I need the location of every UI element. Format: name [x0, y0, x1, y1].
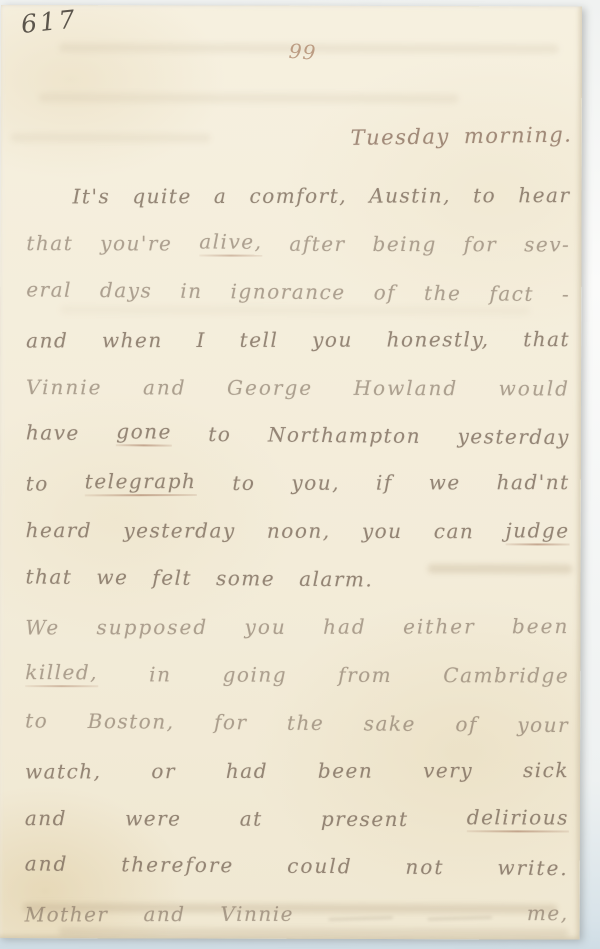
manuscript-line: killed,ingoingfromCambridge — [25, 650, 569, 699]
manuscript-line: eraldaysinignoranceofthefact- — [26, 265, 570, 318]
handwritten-word: the — [287, 710, 324, 734]
handwritten-word: at — [240, 806, 263, 830]
manuscript-line: totelegraphtoyou,ifwehad'nt — [26, 458, 570, 507]
handwritten-word: to — [473, 183, 496, 207]
handwritten-word: being — [373, 232, 437, 256]
handwritten-word: we — [96, 565, 128, 589]
handwritten-word: tell — [240, 327, 279, 351]
handwritten-word: that — [523, 327, 570, 351]
handwritten-word: and — [25, 852, 69, 876]
illegible-strokes — [428, 907, 492, 921]
handwritten-word: telegraph — [85, 470, 197, 497]
handwritten-word: It's — [72, 184, 110, 208]
handwritten-word: either — [403, 614, 476, 638]
handwritten-word: ignorance — [230, 279, 345, 304]
handwritten-word: or — [151, 759, 176, 783]
handwritten-word: would — [499, 376, 570, 400]
handwritten-word: you — [244, 615, 286, 639]
letter-body: It'squiteacomfort,Austin,tohearthatyou'r… — [25, 171, 571, 939]
handwritten-word: you — [362, 519, 403, 543]
handwritten-word: that — [25, 564, 72, 588]
handwritten-word: killed, — [25, 660, 98, 687]
handwritten-word: gone — [116, 420, 172, 447]
handwritten-word: to — [208, 422, 231, 446]
manuscript-line: Wesupposedyouhadeitherbeen — [25, 602, 569, 651]
handwritten-word: me, — [527, 901, 569, 925]
handwritten-word: the — [424, 281, 461, 305]
handwritten-word: fact — [489, 281, 534, 305]
handwritten-word: noon, — [267, 519, 331, 543]
handwritten-word: you — [312, 327, 353, 351]
handwritten-word: when — [102, 328, 163, 352]
handwritten-word: for — [214, 710, 248, 734]
handwritten-word: and — [25, 806, 67, 830]
handwritten-word: going — [223, 662, 288, 686]
handwritten-word: not — [405, 855, 444, 879]
manuscript-line: heardyesterdaynoon,youcanjudge — [26, 506, 570, 555]
handwritten-word: therefore — [121, 853, 234, 878]
handwritten-word: Cambridge — [443, 663, 569, 687]
illegible-strokes — [329, 907, 393, 921]
handwritten-word: to — [26, 472, 49, 496]
handwritten-word: you, — [291, 471, 340, 495]
manuscript-line: thatwefeltsomealarm. — [25, 553, 569, 606]
bleed-through-smudge — [11, 133, 211, 143]
handwritten-word: alarm. — [299, 567, 373, 592]
handwritten-word: were — [125, 806, 181, 830]
handwritten-word: after — [289, 232, 345, 256]
page-number: 99 — [288, 39, 317, 65]
handwritten-word: very — [423, 758, 473, 782]
letter-dateline: Tuesday morning. — [350, 123, 572, 150]
handwritten-word: Northampton — [268, 423, 421, 448]
manuscript-line: toBoston,forthesakeofyour — [25, 696, 569, 749]
handwritten-word: can — [434, 519, 475, 543]
handwritten-word: you're — [100, 231, 172, 255]
handwritten-word: watch, — [25, 759, 102, 783]
handwritten-word: that — [26, 231, 73, 255]
manuscript-line: andwereatpresentdelirious — [25, 794, 569, 843]
handwritten-word: in — [149, 662, 171, 686]
handwritten-word: days — [100, 278, 153, 302]
handwritten-word: Austin, — [369, 183, 451, 207]
handwritten-word: delirious — [467, 805, 569, 832]
handwritten-word: for — [464, 232, 498, 256]
handwritten-word: felt — [152, 566, 192, 590]
handwritten-word: had — [226, 758, 268, 782]
handwritten-word: sev- — [524, 232, 570, 256]
handwritten-word: I — [196, 328, 205, 352]
handwritten-word: in — [180, 278, 202, 302]
handwritten-word: eral — [26, 277, 72, 301]
handwritten-word: and — [143, 902, 185, 926]
handwritten-word: Boston, — [88, 709, 175, 734]
handwritten-word: of — [374, 280, 397, 304]
handwritten-word: Vinnie — [26, 375, 103, 399]
handwritten-word: had — [323, 615, 367, 639]
handwritten-word: been — [512, 614, 569, 638]
manuscript-line: watch,orhadbeenverysick — [25, 746, 569, 795]
handwritten-word: to — [25, 708, 48, 732]
handwritten-word: been — [318, 758, 373, 782]
manuscript-line: VinnieandGeorgeHowlandwould — [26, 363, 570, 412]
handwritten-word: from — [338, 663, 392, 687]
handwritten-word: could — [287, 854, 353, 879]
handwritten-word: sake — [364, 711, 416, 735]
manuscript-line: thatyou'realive,afterbeingforsev- — [26, 219, 570, 268]
handwritten-word: We — [25, 615, 60, 639]
handwritten-word: write. — [497, 856, 569, 881]
handwritten-word: of — [455, 712, 478, 736]
handwritten-word: present — [321, 806, 409, 830]
manuscript-line: andthereforecouldnotwrite. — [25, 840, 569, 893]
handwritten-word: supposed — [96, 615, 208, 639]
manuscript-line: It'squiteacomfort,Austin,tohear — [26, 171, 570, 220]
archive-number: 617 — [20, 4, 79, 39]
handwritten-word: alive, — [199, 230, 262, 257]
handwritten-word: Vinnie — [220, 902, 294, 926]
manuscript-line: andwhenItellyouhonestly,that — [26, 315, 570, 364]
handwritten-word: a — [214, 184, 228, 208]
handwritten-word: honestly, — [387, 327, 490, 351]
handwritten-word: Howland — [354, 375, 459, 399]
handwritten-word: hear — [518, 183, 570, 207]
handwritten-word: George — [227, 375, 313, 399]
handwritten-word: yesterday — [457, 425, 570, 450]
handwritten-word: have — [26, 421, 80, 445]
handwritten-word: we — [429, 471, 461, 495]
handwritten-word: quite — [132, 184, 192, 208]
handwritten-word: to — [232, 471, 255, 495]
handwritten-word: if — [376, 471, 393, 495]
handwritten-word: Mother — [25, 903, 109, 927]
letter-page: 617 99 Tuesday morning. It'squiteacomfor… — [0, 5, 582, 940]
handwritten-word: and — [26, 328, 68, 352]
bleed-through-smudge — [39, 93, 459, 103]
photograph-background: 617 99 Tuesday morning. It'squiteacomfor… — [0, 0, 600, 949]
manuscript-line: MotherandVinnieme, — [25, 889, 569, 938]
handwritten-word: judge — [506, 518, 570, 545]
handwritten-word: your — [517, 712, 569, 736]
handwritten-word: sick — [523, 758, 569, 782]
handwritten-word: had'nt — [497, 470, 570, 494]
handwritten-word: and — [143, 375, 187, 399]
manuscript-line: havegonetoNorthamptonyesterday — [26, 409, 570, 462]
handwritten-word: yesterday — [123, 518, 235, 542]
handwritten-word: some — [216, 566, 275, 591]
handwritten-word: comfort, — [249, 184, 347, 208]
handwritten-word: heard — [26, 518, 93, 542]
handwritten-word: - — [562, 282, 570, 306]
